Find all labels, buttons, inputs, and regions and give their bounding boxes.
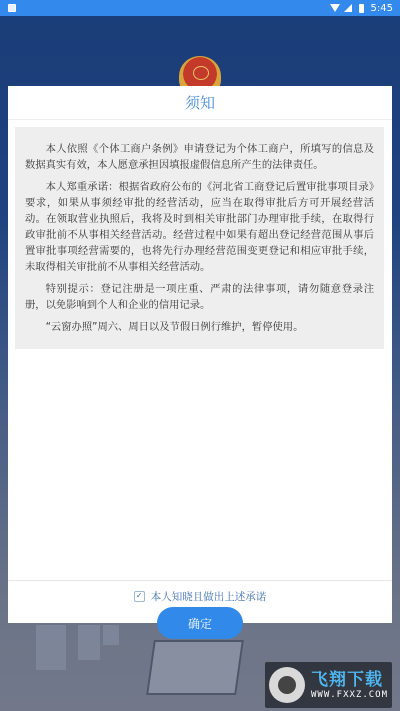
status-icons: 5:45: [330, 3, 393, 14]
watermark-text: 飞翔下载: [311, 670, 388, 690]
notice-paragraph-2: 本人郑重承诺：根据省政府公布的《河北省工商登记后置审批事项目录》要求，如果从事须…: [25, 179, 374, 275]
battery-icon: [359, 4, 364, 13]
notice-paragraph-3: 特别提示：登记注册是一项庄重、严肃的法律事项，请勿随意登录注册，以免影响到个人和…: [25, 281, 374, 313]
agree-checkbox-row[interactable]: ✓ 本人知晓且做出上述承诺: [8, 586, 392, 606]
wifi-icon: [330, 4, 340, 12]
notification-icon: [8, 4, 16, 12]
server-building-icon: [36, 625, 66, 670]
watermark-logo-icon: [269, 667, 305, 703]
agree-checkbox[interactable]: ✓: [134, 591, 145, 602]
status-bar: 5:45: [0, 0, 400, 16]
status-time: 5:45: [371, 3, 393, 14]
notice-dialog: 须知 本人依照《个体工商户条例》申请登记为个体工商户，所填写的信息及数据真实有效…: [8, 86, 392, 623]
divider: [8, 580, 392, 581]
confirm-button[interactable]: 确定: [157, 607, 243, 639]
dialog-title: 须知: [8, 86, 392, 120]
notice-paragraph-4: “云窗办照”周六、周日以及节假日例行维护，暂停使用。: [25, 319, 374, 335]
watermark: 飞翔下载 WWW.FXXZ.COM: [265, 662, 392, 708]
watermark-url: WWW.FXXZ.COM: [311, 690, 388, 700]
notice-content: 本人依照《个体工商户条例》申请登记为个体工商户，所填写的信息及数据真实有效，本人…: [15, 127, 384, 349]
server-building-icon: [78, 625, 100, 660]
signal-icon: [344, 4, 352, 12]
laptop-icon: [146, 640, 244, 695]
notice-paragraph-1: 本人依照《个体工商户条例》申请登记为个体工商户，所填写的信息及数据真实有效，本人…: [25, 141, 374, 173]
server-building-icon: [103, 625, 119, 645]
agree-label[interactable]: 本人知晓且做出上述承诺: [151, 589, 267, 604]
